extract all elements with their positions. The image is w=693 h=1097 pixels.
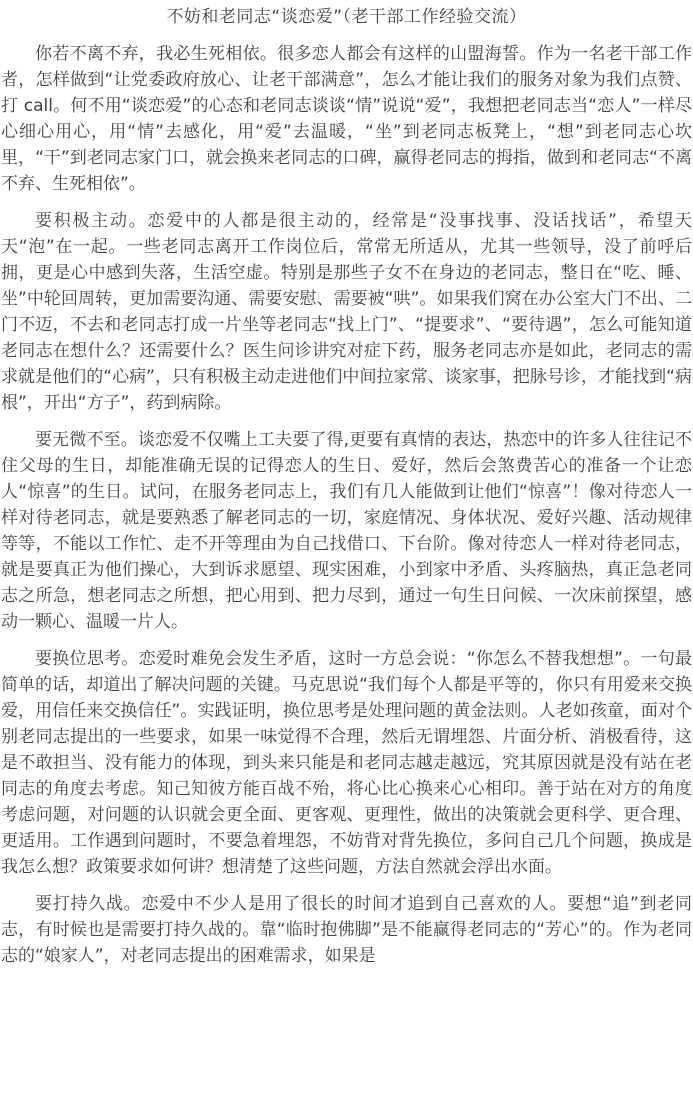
paragraph-4: 要换位思考。恋爱时难免会发生矛盾，这时一方总会说：“你怎么不替我想想”。一句最简… [1,646,692,880]
document-title: 不妨和老同志“谈恋爱”（老干部工作经验交流） [1,4,692,30]
document-page: 不妨和老同志“谈恋爱”（老干部工作经验交流） 你若不离不弃，我必生死相依。很多恋… [0,0,693,1097]
document-body: 你若不离不弃，我必生死相依。很多恋人都会有这样的山盟海誓。作为一名老干部工作者，… [1,41,692,969]
paragraph-2: 要积极主动。恋爱中的人都是很主动的，经常是“没事找事、没话找话”，希望天天“泡”… [1,208,692,416]
paragraph-1: 你若不离不弃，我必生死相依。很多恋人都会有这样的山盟海誓。作为一名老干部工作者，… [1,41,692,197]
paragraph-5: 要打持久战。恋爱中不少人是用了很长的时间才追到自己喜欢的人。要想“追”到老同志，… [1,891,692,969]
paragraph-3: 要无微不至。谈恋爱不仅嘴上工夫要了得,更要有真情的表达，热恋中的许多人往往记不住… [1,427,692,635]
